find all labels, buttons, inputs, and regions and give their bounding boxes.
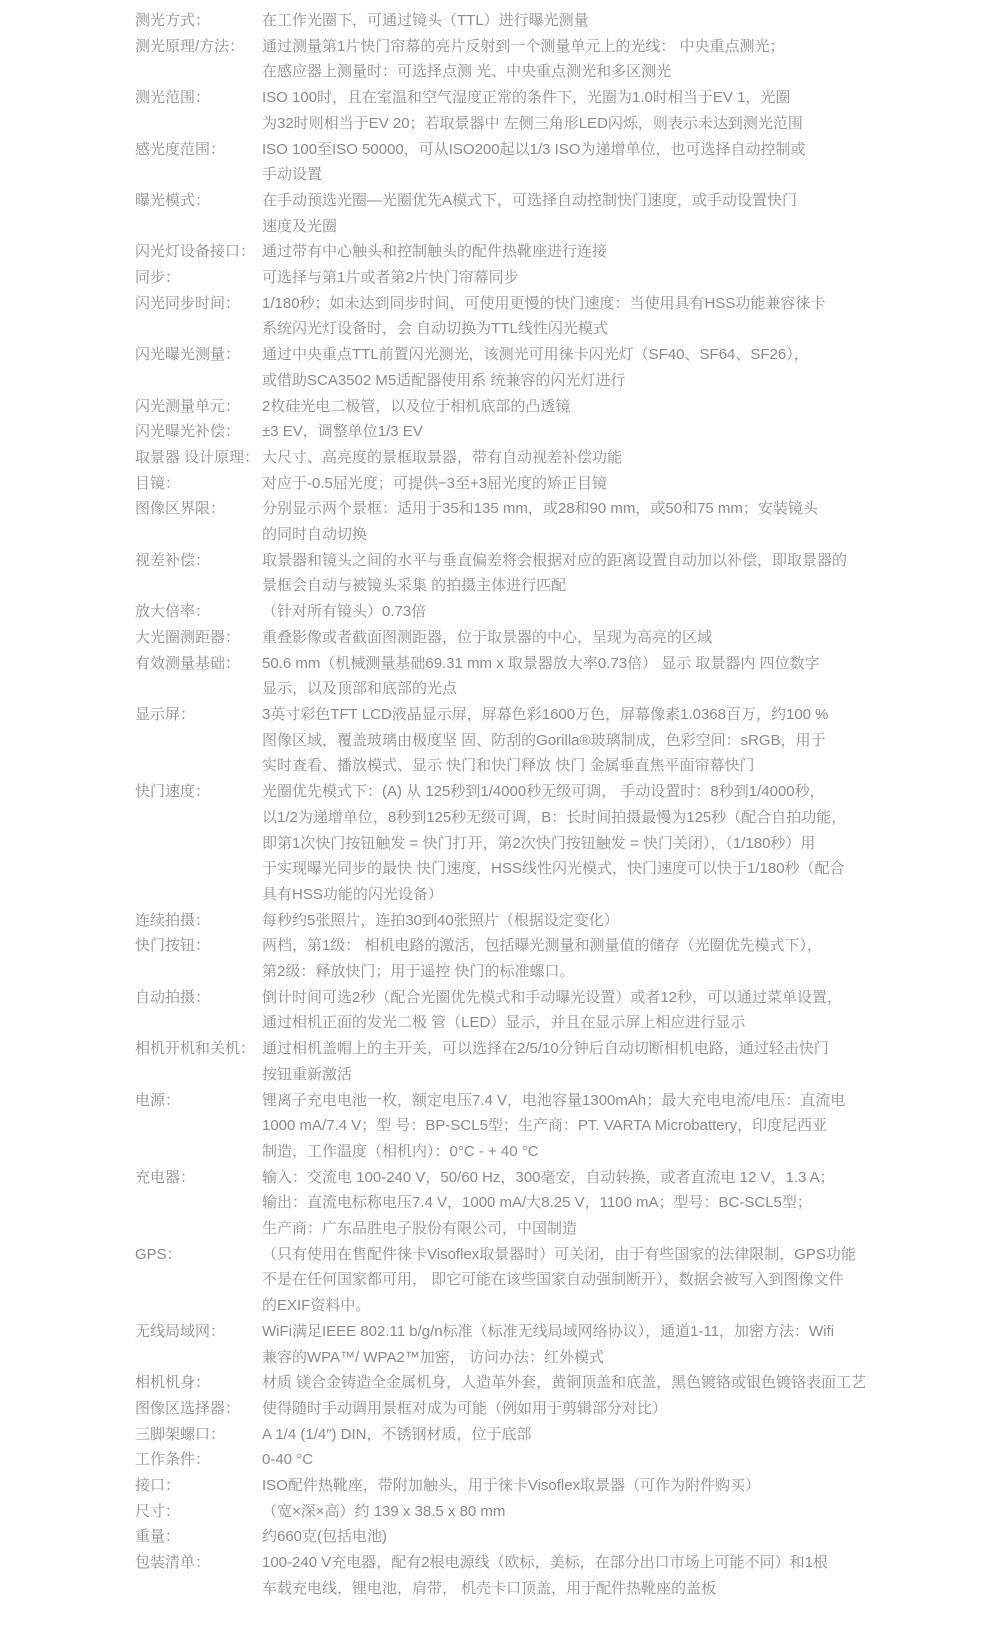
- spec-row: 尺寸： （宽×深×高）约 139 x 38.5 x 80 mm: [135, 1499, 880, 1525]
- spec-row: 闪光同步时间： 1/180秒；如未达到同步时间，可使用更慢的快门速度：当使用具有…: [135, 291, 880, 342]
- spec-label: 同步：: [135, 265, 262, 291]
- spec-value: 取景器和镜头之间的水平与垂直偏差将会根据对应的距离设置自动加以补偿，即取景器的 …: [262, 548, 874, 599]
- spec-label: 闪光曝光补偿：: [135, 419, 262, 445]
- spec-value: 光圈优先模式下：(A) 从 125秒到1/4000秒无级可调， 手动设置时：8秒…: [262, 779, 874, 908]
- spec-row: 自动拍摄： 倒计时间可选2秒（配合光圈优先模式和手动曝光设置）或者12秒，可以通…: [135, 985, 880, 1036]
- spec-value: 在工作光圈下，可通过镜头（TTL）进行曝光测量: [262, 8, 874, 34]
- spec-row: 重量： 约660克(包括电池): [135, 1524, 880, 1550]
- spec-value: 输入：交流电 100-240 V，50/60 Hz，300毫安，自动转换，或者直…: [262, 1165, 874, 1242]
- spec-value: 50.6 mm（机械测量基础69.31 mm x 取景器放大率0.73倍） 显示…: [262, 651, 874, 702]
- spec-value: 可选择与第1片或者第2片快门帘幕同步: [262, 265, 874, 291]
- spec-label: 自动拍摄：: [135, 985, 262, 1011]
- spec-value: （宽×深×高）约 139 x 38.5 x 80 mm: [262, 1499, 874, 1525]
- spec-label: 测光原理/方法：: [135, 34, 262, 60]
- spec-value: 通过测量第1片快门帘幕的亮片反射到一个测量单元上的光线： 中央重点测光； 在感应…: [262, 34, 874, 85]
- spec-row: 闪光测量单元： 2枚硅光电二极管，以及位于相机底部的凸透镜: [135, 394, 880, 420]
- spec-label: 无线局域网：: [135, 1319, 262, 1345]
- spec-value: （只有使用在售配件徕卡Visoflex取景器时）可关闭，由于有些国家的法律限制，…: [262, 1242, 874, 1319]
- spec-value: 锂离子充电电池一枚，额定电压7.4 V，电池容量1300mAh；最大充电电流/电…: [262, 1088, 874, 1165]
- spec-value: 1/180秒；如未达到同步时间，可使用更慢的快门速度：当使用具有HSS功能兼容徕…: [262, 291, 874, 342]
- spec-label: 闪光灯设备接口：: [135, 239, 262, 265]
- spec-label: 相机开机和关机：: [135, 1036, 262, 1062]
- spec-value: 通过相机盖帽上的主开关，可以选择在2/5/10分钟后自动切断相机电路，通过轻击快…: [262, 1036, 874, 1087]
- spec-row: 图像区界限： 分别显示两个景框：适用于35和135 mm，或28和90 mm，或…: [135, 496, 880, 547]
- spec-row: 显示屏： 3英寸彩色TFT LCD液晶显示屏，屏幕色彩1600万色，屏幕像素1.…: [135, 702, 880, 779]
- spec-row: 测光范围： ISO 100时，且在室温和空气湿度正常的条件下，光圈为1.0时相当…: [135, 85, 880, 136]
- spec-label: 连续拍摄：: [135, 908, 262, 934]
- spec-row: 包装清单： 100-240 V充电器，配有2根电源线（欧标，美标，在部分出口市场…: [135, 1550, 880, 1601]
- spec-value: ISO配件热靴座，带附加触头，用于徕卡Visoflex取景器（可作为附件购买）: [262, 1473, 874, 1499]
- spec-value: 100-240 V充电器，配有2根电源线（欧标，美标，在部分出口市场上可能不同）…: [262, 1550, 874, 1601]
- spec-value: 在手动预选光圈—光圈优先A模式下，可选择自动控制快门速度，或手动设置快门 速度及…: [262, 188, 874, 239]
- spec-label: 尺寸：: [135, 1499, 262, 1525]
- spec-label: 感光度范围：: [135, 137, 262, 163]
- spec-value: 3英寸彩色TFT LCD液晶显示屏，屏幕色彩1600万色，屏幕像素1.0368百…: [262, 702, 874, 779]
- spec-row: 接口： ISO配件热靴座，带附加触头，用于徕卡Visoflex取景器（可作为附件…: [135, 1473, 880, 1499]
- spec-label: 显示屏：: [135, 702, 262, 728]
- spec-label: 曝光模式：: [135, 188, 262, 214]
- spec-label: 放大倍率：: [135, 599, 262, 625]
- spec-row: GPS： （只有使用在售配件徕卡Visoflex取景器时）可关闭，由于有些国家的…: [135, 1242, 880, 1319]
- spec-value: 通过带有中心触头和控制触头的配件热靴座进行连接: [262, 239, 874, 265]
- spec-label: 三脚架螺口：: [135, 1422, 262, 1448]
- spec-label: 测光方式：: [135, 8, 262, 34]
- spec-row: 视差补偿： 取景器和镜头之间的水平与垂直偏差将会根据对应的距离设置自动加以补偿，…: [135, 548, 880, 599]
- spec-label: 相机机身：: [135, 1370, 262, 1396]
- spec-value: 每秒约5张照片，连拍30到40张照片（根据设定变化）: [262, 908, 874, 934]
- spec-value: 通过中央重点TTL前置闪光测光，该测光可用徕卡闪光灯（SF40、SF64、SF2…: [262, 342, 874, 393]
- spec-label: 图像区界限：: [135, 496, 262, 522]
- spec-label: 闪光曝光测量：: [135, 342, 262, 368]
- spec-label: 快门按钮：: [135, 933, 262, 959]
- spec-table: 测光方式： 在工作光圈下，可通过镜头（TTL）进行曝光测量 测光原理/方法： 通…: [135, 8, 880, 1602]
- spec-row: 快门按钮： 两档，第1级： 相机电路的激活，包括曝光测量和测量值的储存（光圈优先…: [135, 933, 880, 984]
- spec-row: 相机机身： 材质 镁合金铸造全金属机身，人造革外套，黄铜顶盖和底盖，黑色镀铬或银…: [135, 1370, 880, 1396]
- spec-label: 闪光同步时间：: [135, 291, 262, 317]
- spec-row: 目镜： 对应于-0.5屈光度；可提供−3至+3屈光度的矫正目镜: [135, 471, 880, 497]
- spec-label: 充电器：: [135, 1165, 262, 1191]
- spec-value: ISO 100至ISO 50000，可从ISO200起以1/3 ISO为递增单位…: [262, 137, 874, 188]
- spec-label: 取景器 设计原理：: [135, 445, 262, 471]
- spec-row: 图像区选择器： 使得随时手动调用景框对成为可能（例如用于剪辑部分对比）: [135, 1396, 880, 1422]
- spec-value: 倒计时间可选2秒（配合光圈优先模式和手动曝光设置）或者12秒，可以通过菜单设置，…: [262, 985, 874, 1036]
- spec-label: GPS：: [135, 1242, 262, 1268]
- spec-value: A 1/4 (1/4″) DIN，不锈钢材质，位于底部: [262, 1422, 874, 1448]
- spec-value: 对应于-0.5屈光度；可提供−3至+3屈光度的矫正目镜: [262, 471, 874, 497]
- spec-label: 测光范围：: [135, 85, 262, 111]
- spec-row: 取景器 设计原理： 大尺寸、高亮度的景框取景器，带有自动视差补偿功能: [135, 445, 880, 471]
- spec-label: 快门速度：: [135, 779, 262, 805]
- spec-label: 重量：: [135, 1524, 262, 1550]
- spec-row: 闪光曝光测量： 通过中央重点TTL前置闪光测光，该测光可用徕卡闪光灯（SF40、…: [135, 342, 880, 393]
- spec-row: 放大倍率： （针对所有镜头）0.73倍: [135, 599, 880, 625]
- spec-row: 充电器： 输入：交流电 100-240 V，50/60 Hz，300毫安，自动转…: [135, 1165, 880, 1242]
- spec-value: WiFi满足IEEE 802.11 b/g/n标准（标准无线局域网络协议），通道…: [262, 1319, 874, 1370]
- spec-label: 闪光测量单元：: [135, 394, 262, 420]
- spec-value: （针对所有镜头）0.73倍: [262, 599, 874, 625]
- spec-row: 相机开机和关机： 通过相机盖帽上的主开关，可以选择在2/5/10分钟后自动切断相…: [135, 1036, 880, 1087]
- spec-label: 电源：: [135, 1088, 262, 1114]
- spec-row: 工作条件： 0-40 °C: [135, 1447, 880, 1473]
- spec-label: 图像区选择器：: [135, 1396, 262, 1422]
- spec-row: 闪光曝光补偿： ±3 EV，调整单位1/3 EV: [135, 419, 880, 445]
- spec-row: 三脚架螺口： A 1/4 (1/4″) DIN，不锈钢材质，位于底部: [135, 1422, 880, 1448]
- spec-label: 视差补偿：: [135, 548, 262, 574]
- spec-row: 有效测量基础： 50.6 mm（机械测量基础69.31 mm x 取景器放大率0…: [135, 651, 880, 702]
- spec-row: 同步： 可选择与第1片或者第2片快门帘幕同步: [135, 265, 880, 291]
- spec-value: 重叠影像或者截面图测距器，位于取景器的中心，呈现为高亮的区域: [262, 625, 874, 651]
- spec-row: 感光度范围： ISO 100至ISO 50000，可从ISO200起以1/3 I…: [135, 137, 880, 188]
- spec-label: 大光圈测距器：: [135, 625, 262, 651]
- spec-label: 目镜：: [135, 471, 262, 497]
- spec-value: 分别显示两个景框：适用于35和135 mm，或28和90 mm，或50和75 m…: [262, 496, 874, 547]
- spec-row: 大光圈测距器： 重叠影像或者截面图测距器，位于取景器的中心，呈现为高亮的区域: [135, 625, 880, 651]
- spec-value: 两档，第1级： 相机电路的激活，包括曝光测量和测量值的储存（光圈优先模式下）， …: [262, 933, 874, 984]
- spec-value: 材质 镁合金铸造全金属机身，人造革外套，黄铜顶盖和底盖，黑色镀铬或银色镀铬表面工…: [262, 1370, 874, 1396]
- spec-row: 快门速度： 光圈优先模式下：(A) 从 125秒到1/4000秒无级可调， 手动…: [135, 779, 880, 908]
- spec-value: 大尺寸、高亮度的景框取景器，带有自动视差补偿功能: [262, 445, 874, 471]
- spec-value: 0-40 °C: [262, 1447, 874, 1473]
- spec-label: 接口：: [135, 1473, 262, 1499]
- spec-row: 连续拍摄： 每秒约5张照片，连拍30到40张照片（根据设定变化）: [135, 908, 880, 934]
- spec-row: 无线局域网： WiFi满足IEEE 802.11 b/g/n标准（标准无线局域网…: [135, 1319, 880, 1370]
- spec-row: 电源： 锂离子充电电池一枚，额定电压7.4 V，电池容量1300mAh；最大充电…: [135, 1088, 880, 1165]
- spec-value: 使得随时手动调用景框对成为可能（例如用于剪辑部分对比）: [262, 1396, 874, 1422]
- spec-value: 约660克(包括电池): [262, 1524, 874, 1550]
- spec-label: 包装清单：: [135, 1550, 262, 1576]
- spec-label: 有效测量基础：: [135, 651, 262, 677]
- spec-label: 工作条件：: [135, 1447, 262, 1473]
- camera-spec-sheet: 测光方式： 在工作光圈下，可通过镜头（TTL）进行曝光测量 测光原理/方法： 通…: [0, 0, 990, 1634]
- spec-row: 曝光模式： 在手动预选光圈—光圈优先A模式下，可选择自动控制快门速度，或手动设置…: [135, 188, 880, 239]
- spec-value: ISO 100时，且在室温和空气湿度正常的条件下，光圈为1.0时相当于EV 1，…: [262, 85, 874, 136]
- spec-value: 2枚硅光电二极管，以及位于相机底部的凸透镜: [262, 394, 874, 420]
- spec-row: 测光方式： 在工作光圈下，可通过镜头（TTL）进行曝光测量: [135, 8, 880, 34]
- spec-row: 测光原理/方法： 通过测量第1片快门帘幕的亮片反射到一个测量单元上的光线： 中央…: [135, 34, 880, 85]
- spec-row: 闪光灯设备接口： 通过带有中心触头和控制触头的配件热靴座进行连接: [135, 239, 880, 265]
- spec-value: ±3 EV，调整单位1/3 EV: [262, 419, 874, 445]
